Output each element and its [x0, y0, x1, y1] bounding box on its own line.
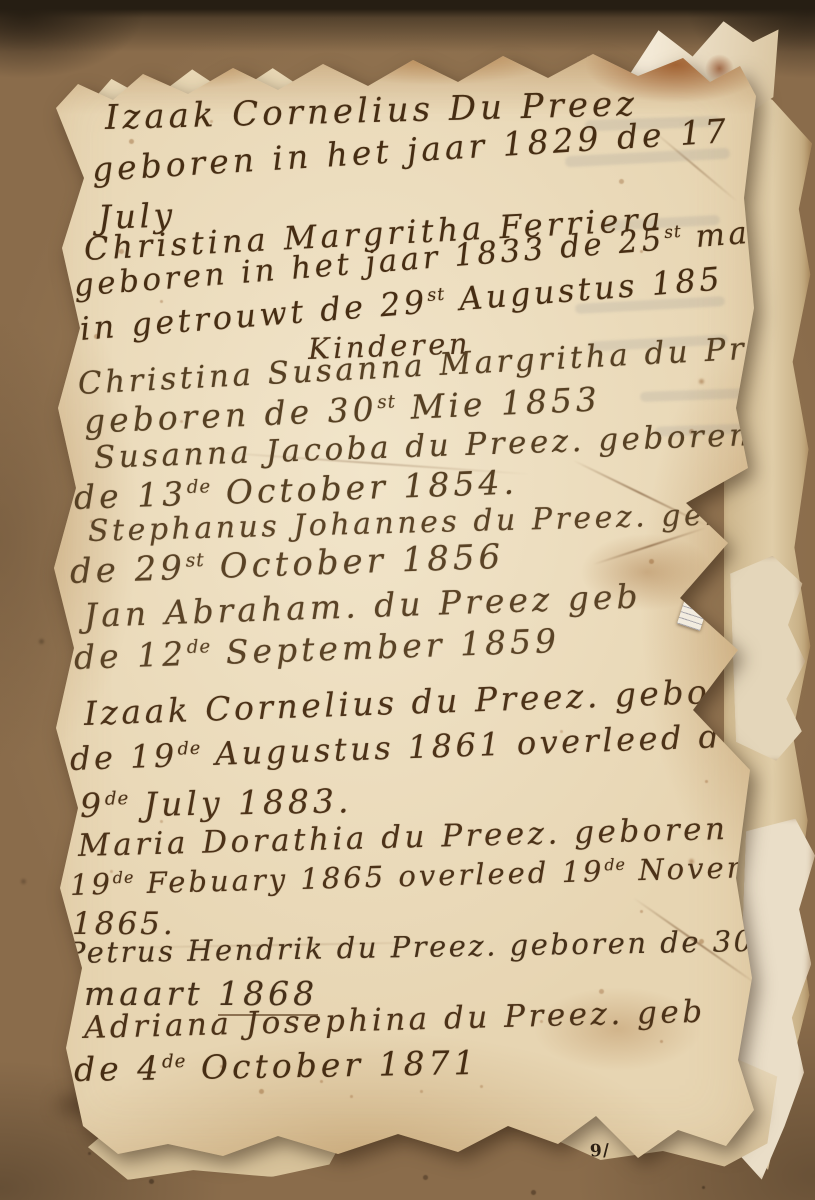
- photograph-of-manuscript: 9/ Izaak Cornelius Du Preez gebo: [0, 0, 815, 1200]
- manuscript-line: de 4de October 1871: [74, 1043, 479, 1089]
- paper-chip: [677, 589, 711, 631]
- print-through-smudge: [640, 388, 752, 402]
- fox-spots: [0, 0, 3, 3]
- manuscript-paper: Izaak Cornelius Du Preez geboren in het …: [38, 48, 763, 1163]
- handwriting-layer: Izaak Cornelius Du Preez geboren in het …: [0, 0, 815, 1200]
- manuscript-line: 9de July 1883.: [80, 781, 353, 825]
- manuscript-page: Izaak Cornelius Du Preez geboren in het …: [0, 0, 815, 1200]
